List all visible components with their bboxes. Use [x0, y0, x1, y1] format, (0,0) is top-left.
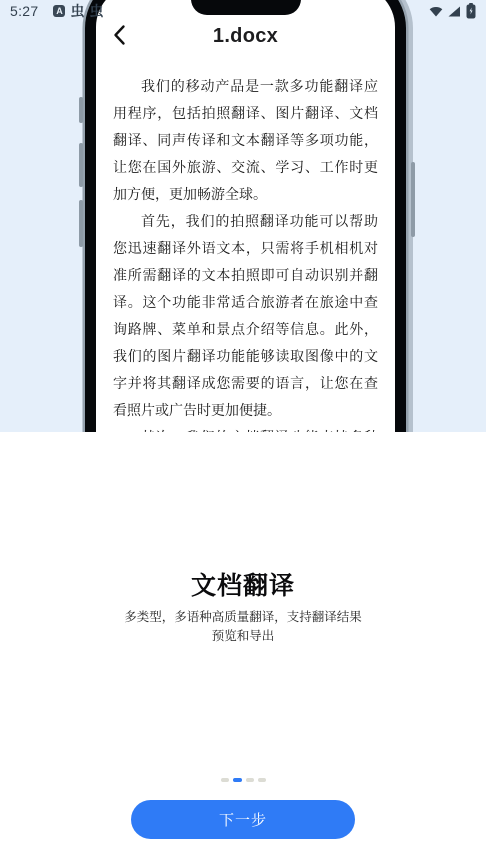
bug-notification-icon: 虫 [89, 4, 103, 18]
page-dot[interactable] [246, 778, 254, 782]
next-button[interactable]: 下一步 [131, 800, 355, 839]
a-badge-icon: A [53, 5, 65, 17]
feature-subtitle: 多类型，多语种高质量翻译，支持翻译结果预览和导出 [120, 608, 366, 646]
onboarding-screen: 1.docx 我们的移动产品是一款多功能翻译应用程序，包括拍照翻译、图片翻译、文… [0, 0, 486, 864]
phone-mockup: 1.docx 我们的移动产品是一款多功能翻译应用程序，包括拍照翻译、图片翻译、文… [85, 0, 406, 432]
phone-volume-down-button [79, 200, 83, 247]
doc-content: 我们的移动产品是一款多功能翻译应用程序，包括拍照翻译、图片翻译、文档翻译、同声传… [113, 73, 378, 432]
phone-power-button [411, 162, 415, 237]
battery-icon [466, 3, 476, 19]
wifi-icon [429, 6, 443, 17]
status-bar: 5:27 A 虫 虫 [0, 0, 486, 22]
page-indicator [0, 778, 486, 782]
feature-title: 文档翻译 [0, 566, 486, 602]
hero-illustration: 1.docx 我们的移动产品是一款多功能翻译应用程序，包括拍照翻译、图片翻译、文… [0, 0, 486, 432]
phone-mute-switch [79, 97, 83, 123]
doc-viewer-header: 1.docx [96, 21, 395, 51]
phone-volume-up-button [79, 143, 83, 187]
bug-notification-icon: 虫 [70, 4, 84, 18]
doc-paragraph: 我们的移动产品是一款多功能翻译应用程序，包括拍照翻译、图片翻译、文档翻译、同声传… [113, 73, 378, 208]
doc-title: 1.docx [96, 21, 395, 51]
doc-paragraph: 其次，我们的文档翻译功能支持多种格式的文档批量翻译，省去了逐一翻译的麻烦，提高了… [113, 424, 378, 432]
status-time: 5:27 [10, 3, 38, 19]
page-dot[interactable] [258, 778, 266, 782]
cellular-signal-icon [448, 6, 461, 17]
page-dot[interactable] [233, 778, 242, 782]
doc-paragraph: 首先，我们的拍照翻译功能可以帮助您迅速翻译外语文本，只需将手机相机对准所需翻译的… [113, 208, 378, 424]
phone-mockup-screen: 1.docx 我们的移动产品是一款多功能翻译应用程序，包括拍照翻译、图片翻译、文… [96, 0, 395, 432]
status-right-icons [429, 3, 476, 19]
page-dot[interactable] [221, 778, 229, 782]
